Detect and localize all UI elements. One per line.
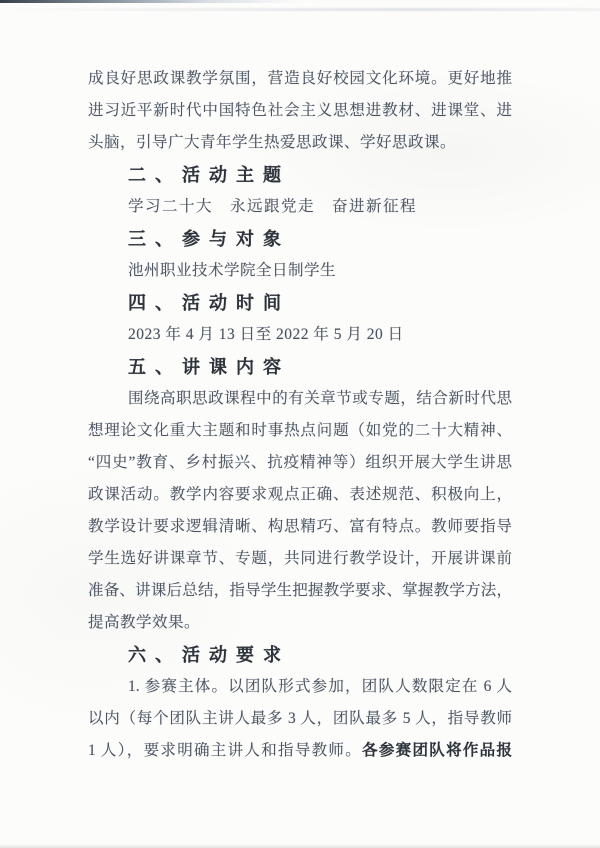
text-line: 1 人），要求明确主讲人和指导教师。各参赛团队将作品报	[88, 735, 512, 767]
text-line: 成良好思政课教学氛围，营造良好校园文化环境。更好地推	[88, 63, 512, 95]
section-heading-activity-time: 四、活动时间	[88, 287, 512, 319]
text-line: 想理论文化重大主题和时事热点问题（如党的二十大精神、	[88, 415, 512, 447]
text-line: 进习近平新时代中国特色社会主义思想进教材、进课堂、进	[88, 95, 512, 127]
text-line: 学生选好讲课章节、专题，共同进行教学设计，开展讲课前	[88, 543, 512, 575]
scan-streak-artifact	[0, 8, 600, 11]
bold-text-run: 各参赛团队将作品报	[362, 742, 512, 759]
participants-text: 池州职业技术学院全日制学生	[88, 255, 512, 287]
scan-edge-bottom-artifact	[0, 844, 600, 848]
section-heading-participants: 三、参与对象	[88, 223, 512, 255]
document-text-block: 成良好思政课教学氛围，营造良好校园文化环境。更好地推 进习近平新时代中国特色社会…	[88, 63, 512, 767]
text-line: “四史”教育、乡村振兴、抗疫精神等）组织开展大学生讲思	[88, 447, 512, 479]
text-run: 1 人），要求明确主讲人和指导教师。	[88, 742, 362, 759]
text-line: 政课活动。教学内容要求观点正确、表述规范、积极向上，	[88, 479, 512, 511]
text-line: 头脑，引导广大青年学生热爱思政课、学好思政课。	[88, 127, 512, 159]
text-line: 以内（每个团队主讲人最多 3 人，团队最多 5 人，指导教师	[88, 703, 512, 735]
scanned-document-page: 成良好思政课教学氛围，营造良好校园文化环境。更好地推 进习近平新时代中国特色社会…	[0, 0, 600, 848]
activity-theme-text: 学习二十大 永远跟党走 奋进新征程	[88, 191, 512, 223]
section-heading-activity-theme: 二、活动主题	[88, 159, 512, 191]
text-line: 1. 参赛主体。以团队形式参加，团队人数限定在 6 人	[88, 671, 512, 703]
section-heading-lecture-content: 五、讲课内容	[88, 351, 512, 383]
text-line: 教学设计要求逻辑清晰、构思精巧、富有特点。教师要指导	[88, 511, 512, 543]
text-line: 围绕高职思政课程中的有关章节或专题，结合新时代思	[88, 383, 512, 415]
text-line: 准备、讲课后总结，指导学生把握教学要求、掌握教学方法，	[88, 575, 512, 607]
activity-time-text: 2023 年 4 月 13 日至 2022 年 5 月 20 日	[88, 319, 512, 351]
scan-edge-top-artifact	[0, 0, 300, 3]
text-line: 提高教学效果。	[88, 607, 512, 639]
section-heading-activity-requirements: 六、活动要求	[88, 639, 512, 671]
